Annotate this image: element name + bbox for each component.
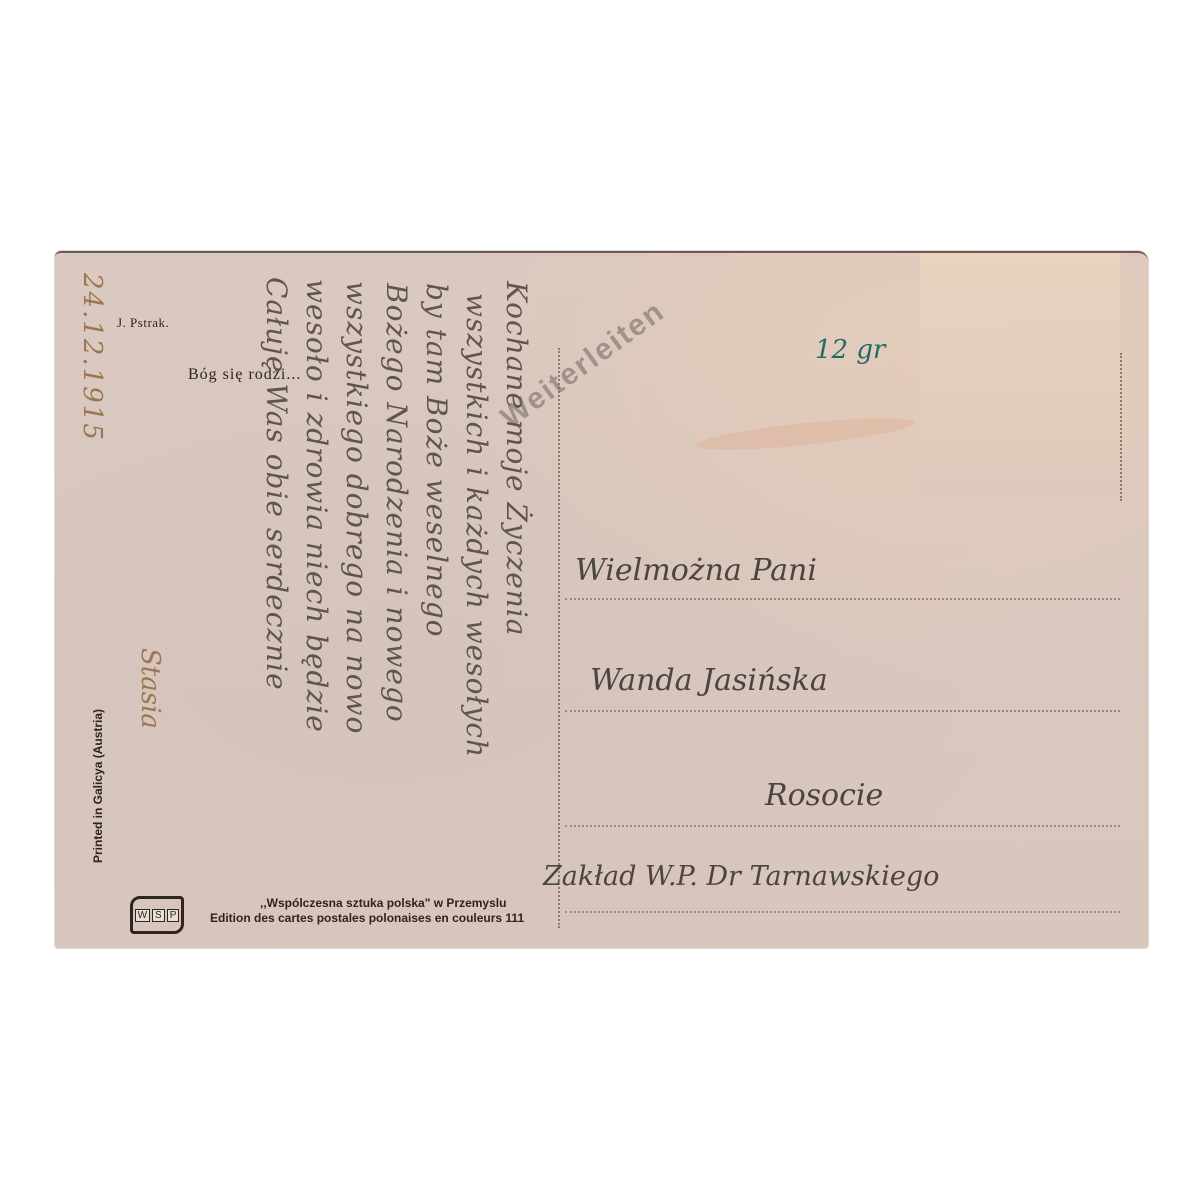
artist-name: J. Pstrak. <box>117 315 169 331</box>
address-line <box>565 911 1120 913</box>
message-line: wszystkiego dobrego na nowo <box>340 281 373 734</box>
message-line: wesoło i zdrowia niech będzie <box>300 279 333 733</box>
message-line: Bożego Narodzenia i nowego <box>380 283 413 723</box>
address-line-3: Rosocie <box>765 778 883 813</box>
address-line <box>565 825 1120 827</box>
message-line: by tam Boże weselnego <box>420 283 453 638</box>
message-line: Całuję Was obie serdecznie <box>260 277 293 691</box>
stamp-area <box>920 253 1120 498</box>
address-line <box>565 598 1120 600</box>
logo-letter: P <box>167 909 180 922</box>
message-line: Kochane moje Życzenia <box>500 281 533 636</box>
edition-line: Edition des cartes postales polonaises e… <box>210 911 524 926</box>
logo-letter: W <box>135 909 150 922</box>
price-note: 12 gr <box>815 335 885 365</box>
publisher-line: ,,Wspólczesna sztuka polska" w Przemyslu <box>210 896 524 911</box>
publisher-logo: W S P <box>130 896 184 934</box>
stain <box>694 412 915 457</box>
address-line <box>565 710 1120 712</box>
address-line-4: Zakład W.P. Dr Tarnawskiego <box>543 861 939 892</box>
stamp-border <box>1120 353 1122 501</box>
address-line-2: Wanda Jasińska <box>590 663 828 698</box>
handwritten-date: 24.12.1915 <box>77 273 107 442</box>
message-line: wszystkich i każdych wesołych <box>460 293 493 758</box>
address-line-1: Wielmożna Pani <box>575 553 817 588</box>
center-divider <box>558 348 560 928</box>
printed-in-label: Printed in Galicya (Austria) <box>91 709 105 863</box>
logo-letter: S <box>152 909 165 922</box>
publisher-info: ,,Wspólczesna sztuka polska" w Przemyslu… <box>210 896 524 926</box>
signature: Stasia <box>135 648 165 729</box>
postcard-back: J. Pstrak. Bóg się rodzi... Printed in G… <box>55 251 1148 948</box>
